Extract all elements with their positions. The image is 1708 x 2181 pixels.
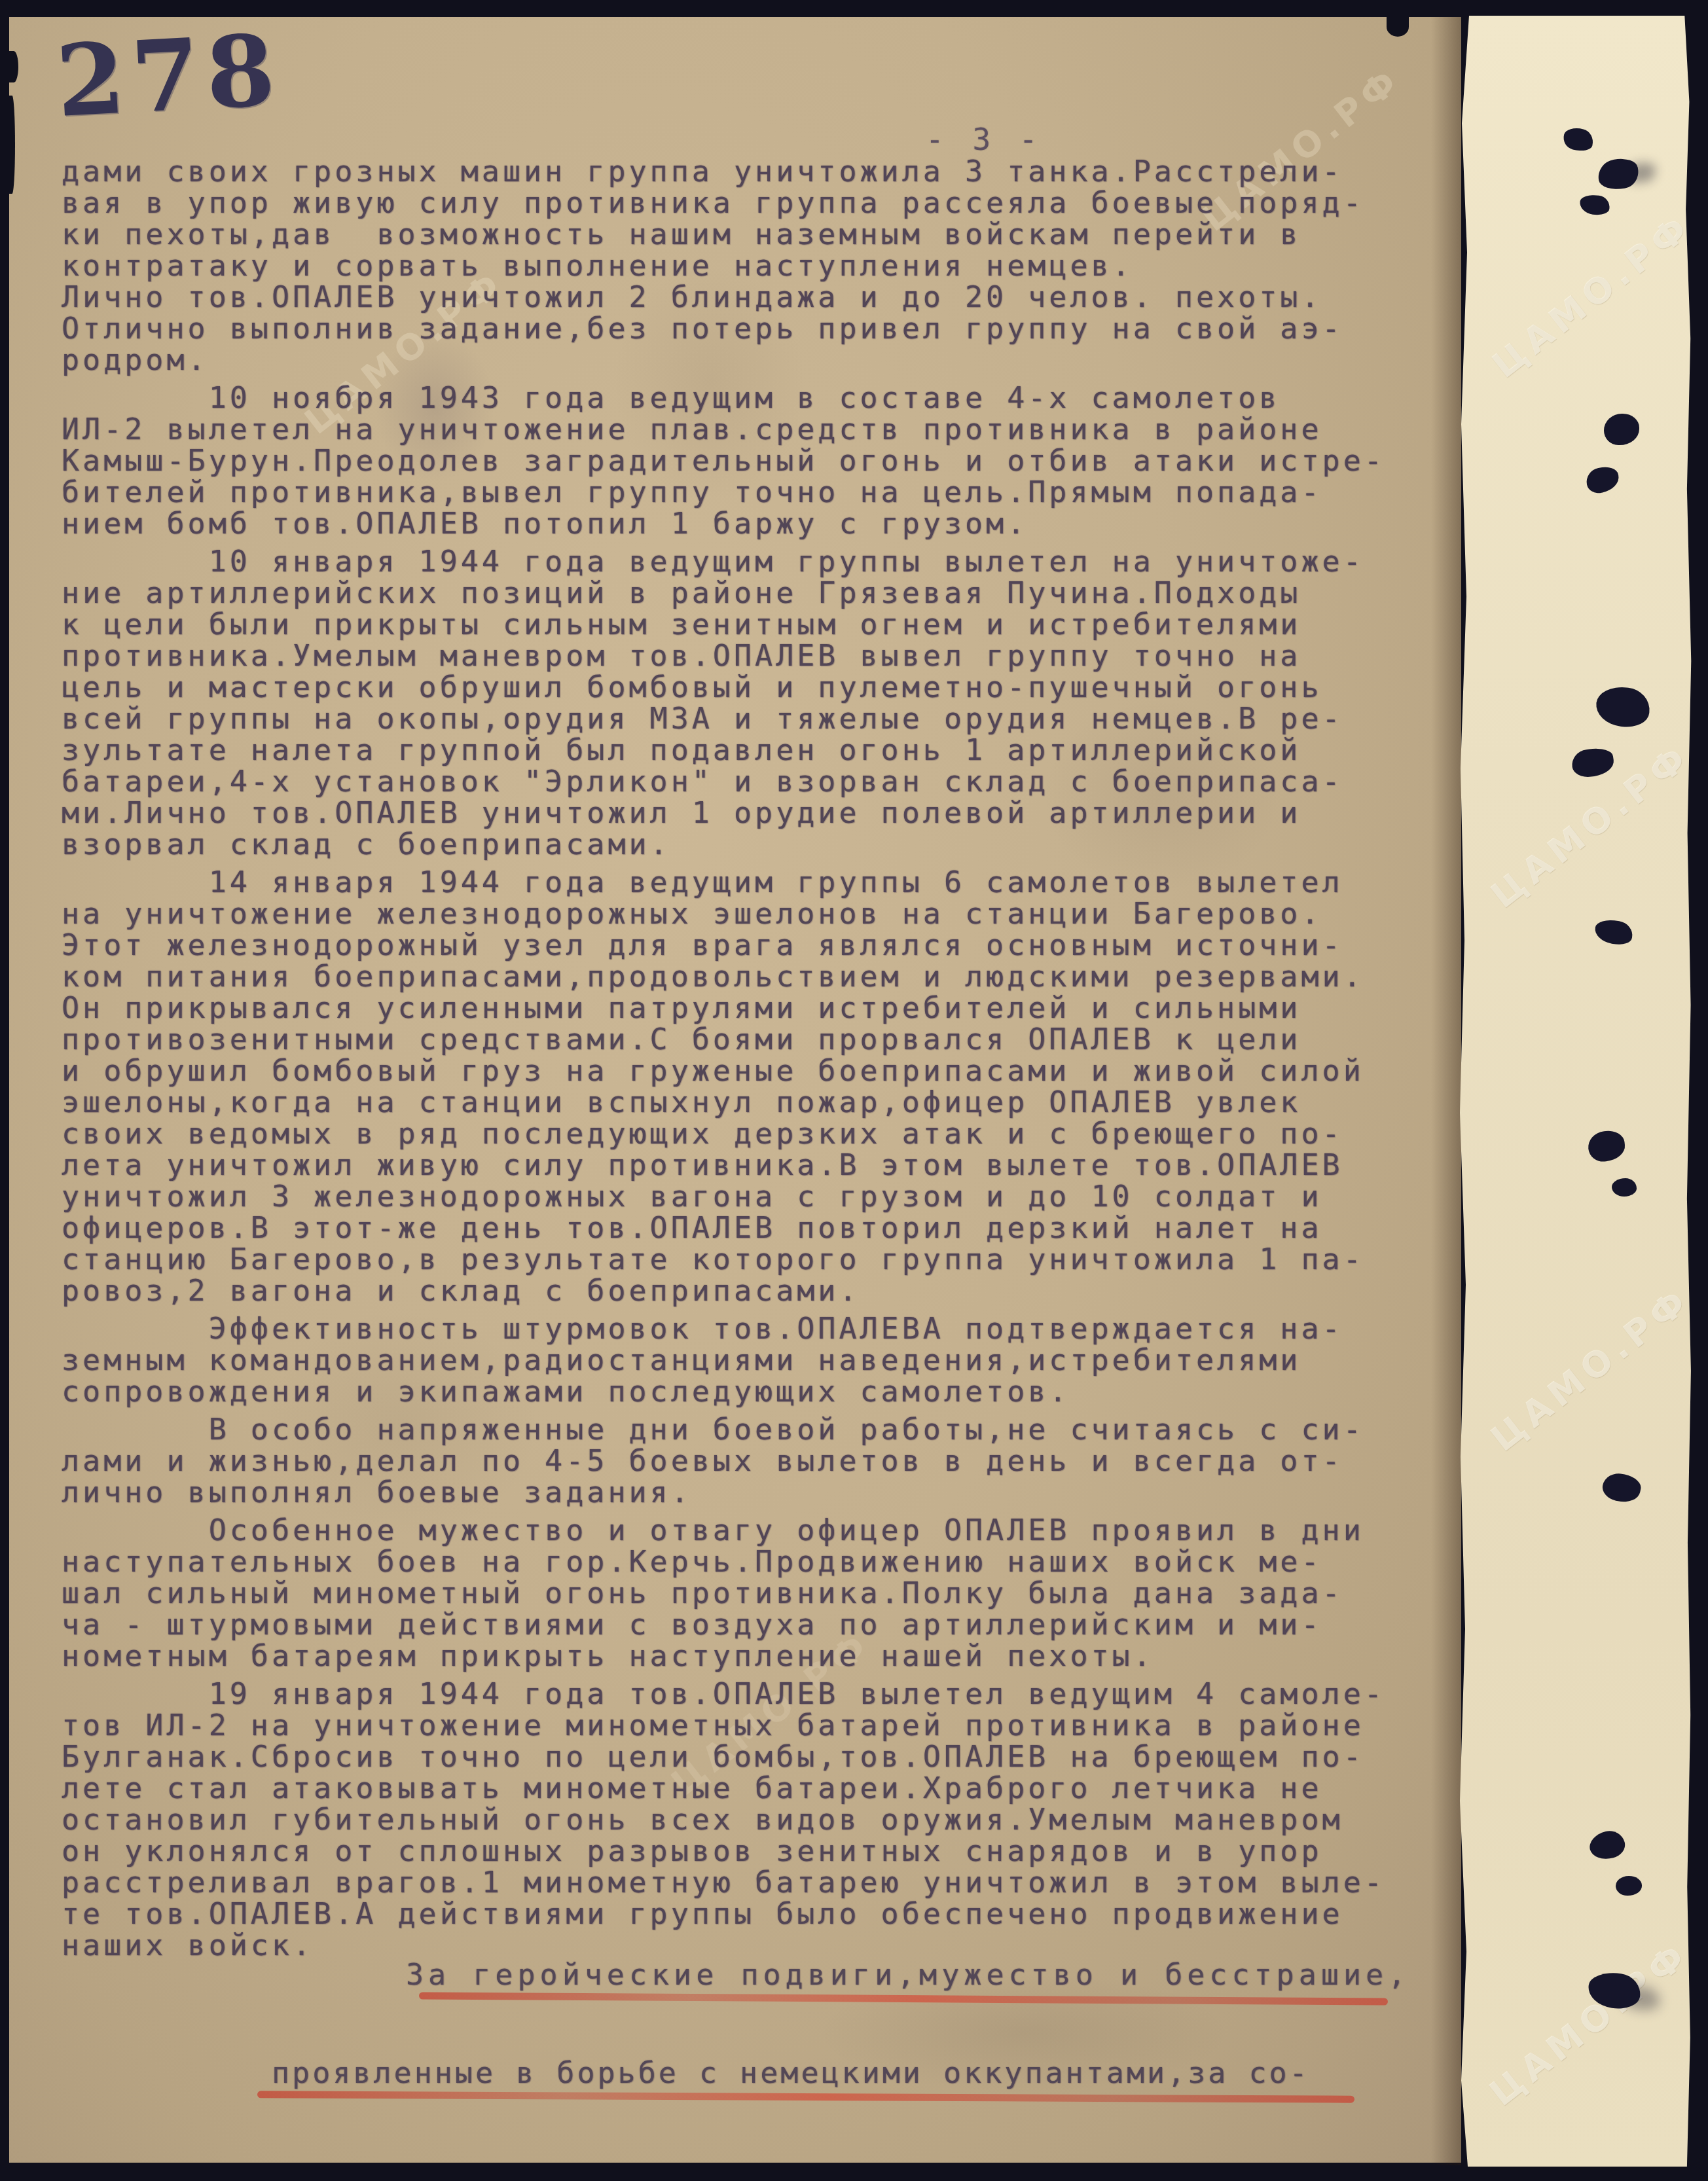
archive-scan: { "page": { "stamp_number": "278", "page… bbox=[0, 0, 1708, 2181]
text-line: зультате налета группой был подавлен ого… bbox=[62, 734, 1461, 766]
text-line: лично выполнял боевые задания. bbox=[62, 1477, 1461, 1508]
emphasis-line: За геройческие подвиги,мужество и бесстр… bbox=[406, 1957, 1410, 1992]
emphasis-line: проявленные в борьбе с немецкими оккупан… bbox=[272, 2055, 1310, 2090]
paragraph: дами своих грозных машин группа уничтожи… bbox=[62, 156, 1461, 376]
text-line: батареи,4-х установок "Эрликон" и взорва… bbox=[62, 766, 1461, 797]
text-line: Особенное мужество и отвагу офицер ОПАЛЕ… bbox=[62, 1515, 1461, 1546]
text-line: ИЛ-2 вылетел на уничтожение плав.средств… bbox=[62, 414, 1461, 445]
torn-edge-mark bbox=[9, 96, 15, 194]
text-line: ровоз,2 вагона и склад с боеприпасами. bbox=[62, 1275, 1461, 1307]
text-line: эшелоны,когда на станции вспыхнул пожар,… bbox=[62, 1087, 1461, 1118]
text-line: контратаку и сорвать выполнение наступле… bbox=[62, 250, 1461, 281]
paragraph: Эффективность штурмовок тов.ОПАЛЕВА подт… bbox=[62, 1313, 1461, 1407]
text-line: сопровождения и экипажами последующих са… bbox=[62, 1376, 1461, 1407]
torn-edge-mark bbox=[9, 51, 18, 82]
text-line: всей группы на окопы,орудия МЗА и тяжелы… bbox=[62, 703, 1461, 734]
text-line: ние артиллерийских позиций в районе Гряз… bbox=[62, 577, 1461, 609]
paragraph: 19 января 1944 года тов.ОПАЛЕВ вылетел в… bbox=[62, 1678, 1461, 1961]
text-line: наших войск. bbox=[62, 1930, 1461, 1961]
strip-shadow bbox=[1431, 17, 1461, 2165]
text-line: В особо напряженные дни боевой работы,не… bbox=[62, 1414, 1461, 1445]
text-line: вая в упор живую силу противника группа … bbox=[62, 187, 1461, 219]
text-line: Лично тов.ОПАЛЕВ уничтожил 2 блиндажа и … bbox=[62, 281, 1461, 313]
text-line: противника.Умелым маневром тов.ОПАЛЕВ вы… bbox=[62, 640, 1461, 672]
torn-edge-mark bbox=[1387, 17, 1409, 37]
text-line: ки пехоты,дав возможность нашим наземным… bbox=[62, 219, 1461, 250]
red-underline bbox=[257, 2091, 1354, 2102]
text-line: бителей противника,вывел группу точно на… bbox=[62, 477, 1461, 508]
text-line: офицеров.В этот-же день тов.ОПАЛЕВ повто… bbox=[62, 1212, 1461, 1244]
text-line: ми.Лично тов.ОПАЛЕВ уничтожил 1 орудие п… bbox=[62, 797, 1461, 829]
text-line: 14 января 1944 года ведущим группы 6 сам… bbox=[62, 867, 1461, 898]
text-line: взорвал склад с боеприпасами. bbox=[62, 829, 1461, 860]
text-line: ча - штурмовыми действиями с воздуха по … bbox=[62, 1609, 1461, 1640]
text-line: на уничтожение железнодорожных эшелонов … bbox=[62, 898, 1461, 929]
binding-strip bbox=[1459, 16, 1692, 2167]
text-line: Этот железнодорожный узел для врага явля… bbox=[62, 929, 1461, 961]
paragraph: 10 января 1944 года ведущим группы вылет… bbox=[62, 546, 1461, 860]
ink-blot bbox=[1612, 1178, 1637, 1197]
text-line: земным командованием,радиостанциями наве… bbox=[62, 1344, 1461, 1376]
paragraph: Особенное мужество и отвагу офицер ОПАЛЕ… bbox=[62, 1515, 1461, 1672]
text-line: Он прикрывался усиленными патрулями истр… bbox=[62, 992, 1461, 1024]
text-line: шал сильный минометный огонь противника.… bbox=[62, 1577, 1461, 1609]
paragraph: 10 ноября 1943 года ведущим в составе 4-… bbox=[62, 382, 1461, 539]
text-line: родром. bbox=[62, 344, 1461, 376]
paper-sheet: 278 - 3 - ЦАМО.РФ ЦАМО.РФ ЦАМО.РФ дами с… bbox=[9, 17, 1461, 2163]
text-line: лете стал атаковывать минометные батареи… bbox=[62, 1773, 1461, 1804]
page-number-stamp: 278 bbox=[54, 17, 284, 139]
text-line: и обрушил бомбовый груз на груженые боеп… bbox=[62, 1055, 1461, 1087]
text-line: цель и мастерски обрушил бомбовый и пуле… bbox=[62, 672, 1461, 703]
paragraph: В особо напряженные дни боевой работы,не… bbox=[62, 1414, 1461, 1508]
text-line: нием бомб тов.ОПАЛЕВ потопил 1 баржу с г… bbox=[62, 508, 1461, 539]
text-line: уничтожил 3 железнодорожных вагона с гру… bbox=[62, 1181, 1461, 1212]
text-line: станцию Багерово,в результате которого г… bbox=[62, 1244, 1461, 1275]
text-line: те тов.ОПАЛЕВ.А действиями группы было о… bbox=[62, 1898, 1461, 1930]
text-line: лета уничтожил живую силу противника.В э… bbox=[62, 1149, 1461, 1181]
text-line: 10 января 1944 года ведущим группы вылет… bbox=[62, 546, 1461, 577]
text-line: ком питания боеприпасами,продовольствием… bbox=[62, 961, 1461, 992]
text-line: наступательных боев на гор.Керчь.Продвиж… bbox=[62, 1546, 1461, 1577]
text-line: Булганак.Сбросив точно по цели бомбы,тов… bbox=[62, 1741, 1461, 1773]
text-line: дами своих грозных машин группа уничтожи… bbox=[62, 156, 1461, 187]
text-line: своих ведомых в ряд последующих дерзких … bbox=[62, 1118, 1461, 1149]
text-line: расстреливал врагов.1 минометную батарею… bbox=[62, 1867, 1461, 1898]
red-underline bbox=[419, 1992, 1388, 2005]
typed-text: дами своих грозных машин группа уничтожи… bbox=[62, 156, 1461, 1961]
text-line: Отлично выполнив задание,без потерь прив… bbox=[62, 313, 1461, 344]
text-line: Эффективность штурмовок тов.ОПАЛЕВА подт… bbox=[62, 1313, 1461, 1344]
text-line: тов ИЛ-2 на уничтожение минометных батар… bbox=[62, 1710, 1461, 1741]
paragraph: 14 января 1944 года ведущим группы 6 сам… bbox=[62, 867, 1461, 1307]
text-line: лами и жизнью,делал по 4-5 боевых вылето… bbox=[62, 1445, 1461, 1477]
text-line: нометным батареям прикрыть наступление н… bbox=[62, 1640, 1461, 1672]
text-line: 19 января 1944 года тов.ОПАЛЕВ вылетел в… bbox=[62, 1678, 1461, 1710]
text-line: к цели были прикрыты сильным зенитным ог… bbox=[62, 609, 1461, 640]
text-line: Камыш-Бурун.Преодолев заградительный ого… bbox=[62, 445, 1461, 477]
text-line: остановил губительный огонь всех видов о… bbox=[62, 1804, 1461, 1835]
text-line: противозенитными средствами.С боями прор… bbox=[62, 1024, 1461, 1055]
page-header: - 3 - bbox=[926, 122, 1042, 157]
text-line: 10 ноября 1943 года ведущим в составе 4-… bbox=[62, 382, 1461, 414]
text-line: он уклонялся от сплошных разрывов зенитн… bbox=[62, 1835, 1461, 1867]
